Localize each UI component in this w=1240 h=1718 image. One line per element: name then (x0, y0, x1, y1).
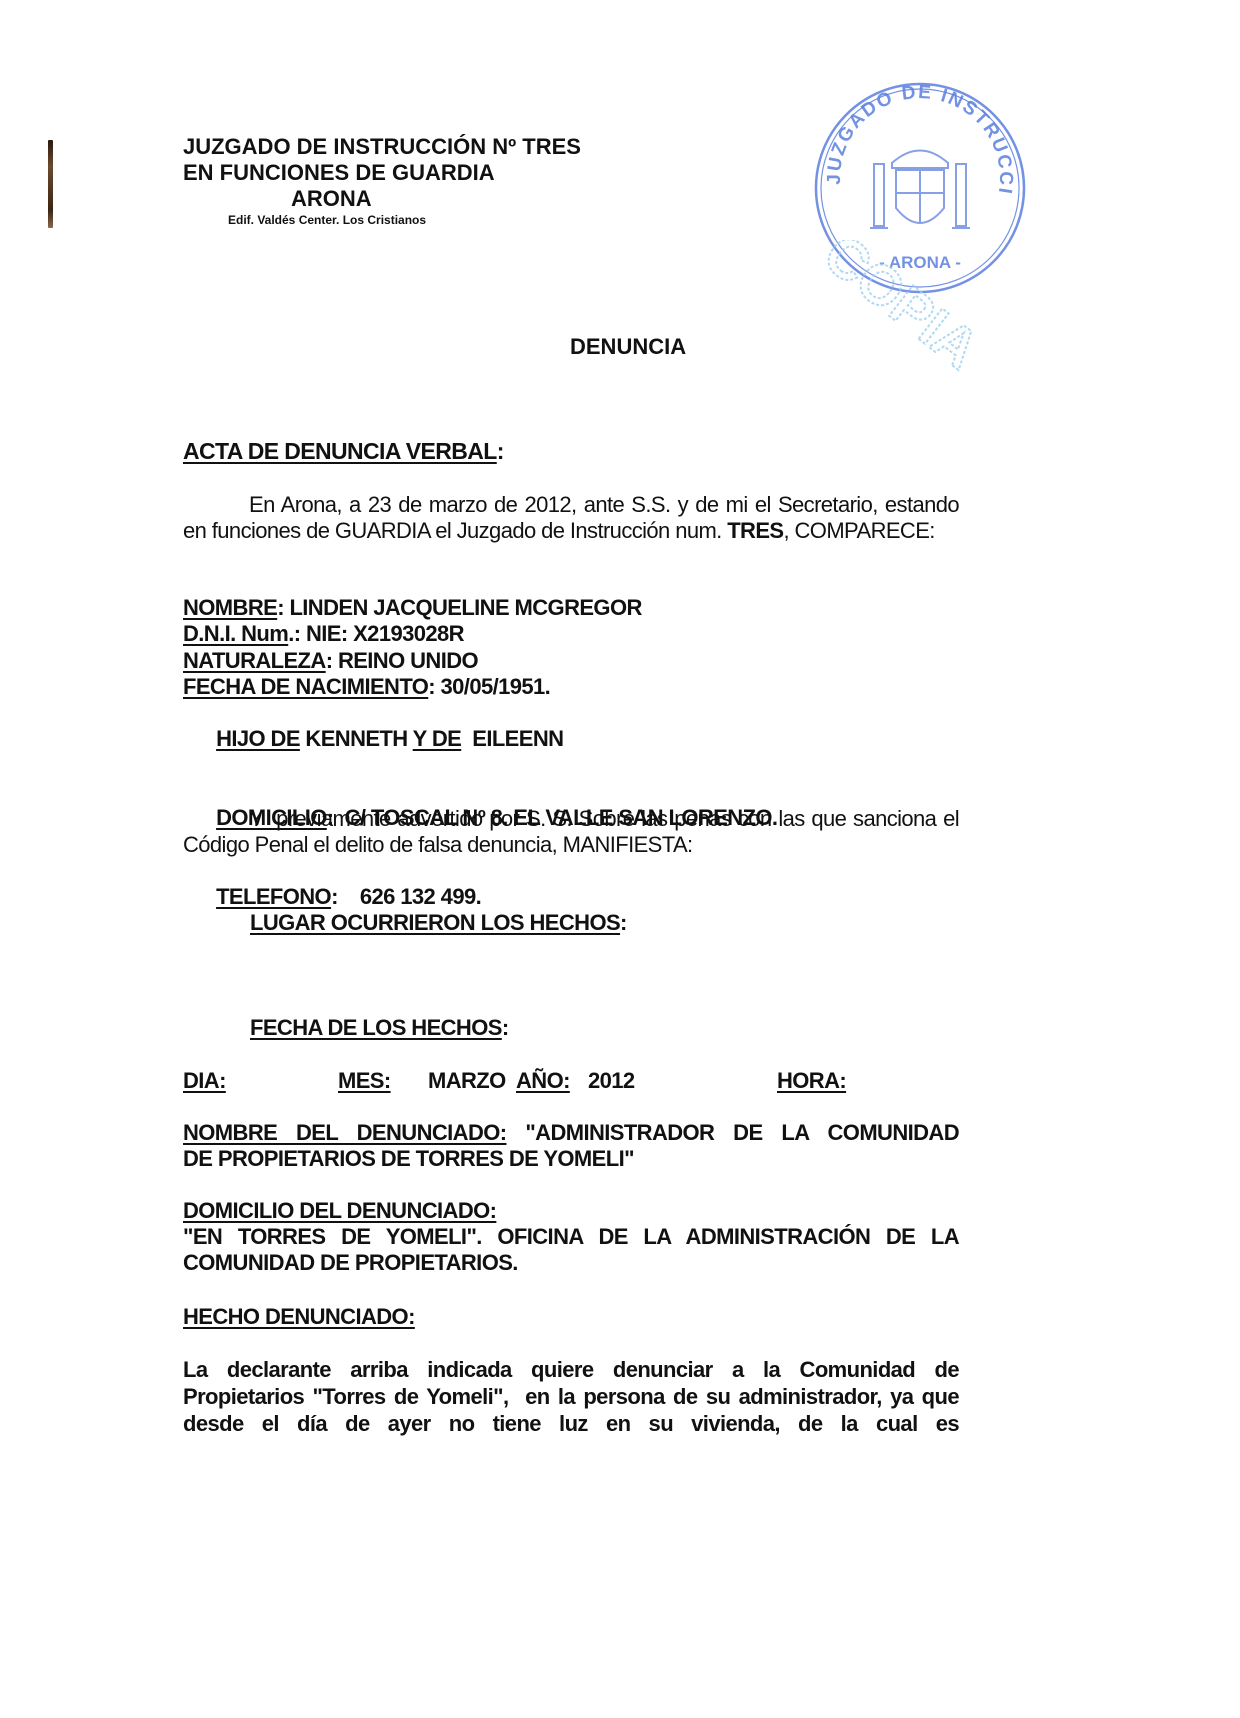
field-label: TELEFONO (216, 884, 331, 909)
field-value: 30/05/1951. (441, 674, 551, 699)
field-label: NOMBRE (183, 595, 277, 620)
intro-court-number: TRES (727, 518, 783, 543)
copia-watermark: COPIA (790, 240, 980, 390)
field-value: REINO UNIDO (338, 648, 478, 673)
field-value: 626 132 499. (360, 884, 481, 909)
field-label: Y DE (413, 726, 462, 751)
document-title: DENUNCIA (570, 334, 686, 360)
field-label: HIJO DE (216, 726, 300, 751)
field-value: KENNETH (300, 726, 413, 751)
lugar-heading-label: LUGAR OCURRIERON LOS HECHOS (250, 910, 620, 935)
fecha-hechos-colon: : (502, 1015, 509, 1040)
fecha-hechos-heading: FECHA DE LOS HECHOS: (250, 1015, 509, 1041)
denunciado-nombre-label: NOMBRE DEL DENUNCIADO: (183, 1120, 506, 1145)
acta-heading-colon: : (497, 438, 504, 464)
binding-mark (48, 140, 53, 228)
denunciado-nombre-value: "ADMINISTRADOR DE LA COMUNIDAD (525, 1120, 959, 1145)
svg-text:JUZGADO DE INSTRUCCIÓN Nº 3: JUZGADO DE INSTRUCCIÓN Nº 3 (810, 78, 1016, 197)
mes-value: MARZO (428, 1068, 506, 1094)
anio-label: AÑO: (516, 1068, 570, 1094)
acta-heading-label: ACTA DE DENUNCIA VERBAL (183, 438, 497, 464)
denunciado-domicilio-value: "EN TORRES DE YOMELI". OFICINA DE LA ADM… (183, 1224, 959, 1276)
svg-text:COPIA: COPIA (813, 240, 980, 380)
field-value: LINDEN JACQUELINE MCGREGOR (289, 595, 641, 620)
field-nombre: NOMBRE: LINDEN JACQUELINE MCGREGOR (183, 595, 777, 621)
field-sep: : (326, 648, 338, 673)
field-sep: : (277, 595, 289, 620)
mes-label-text: MES: (338, 1068, 391, 1093)
field-dni: D.N.I. Num.: NIE: X2193028R (183, 621, 777, 647)
intro-comparece: , COMPARECE: (784, 518, 935, 543)
field-label: NATURALEZA (183, 648, 326, 673)
field-value: NIE: X2193028R (306, 621, 464, 646)
field-value: EILEENN (461, 726, 563, 751)
intro-paragraph: En Arona, a 23 de marzo de 2012, ante S.… (183, 492, 959, 544)
field-fecha-nacimiento: FECHA DE NACIMIENTO: 30/05/1951. (183, 674, 777, 700)
dia-label-text: DIA: (183, 1068, 226, 1093)
denunciado-nombre-line2: DE PROPIETARIOS DE TORRES DE YOMELI" (183, 1146, 634, 1172)
hecho-label-text: HECHO DENUNCIADO: (183, 1304, 415, 1329)
mes-label: MES: (338, 1068, 391, 1094)
hora-label: HORA: (777, 1068, 846, 1094)
court-address: Edif. Valdés Center. Los Cristianos (228, 213, 426, 227)
lugar-heading-colon: : (620, 910, 627, 935)
comparece-fields: NOMBRE: LINDEN JACQUELINE MCGREGOR D.N.I… (183, 595, 777, 937)
hora-label-text: HORA: (777, 1068, 846, 1093)
anio-value: 2012 (588, 1068, 635, 1094)
court-name-line2: EN FUNCIONES DE GUARDIA (183, 160, 495, 186)
denunciado-domicilio-label: DOMICILIO DEL DENUNCIADO: (183, 1198, 496, 1224)
acta-heading: ACTA DE DENUNCIA VERBAL: (183, 438, 504, 465)
dia-label: DIA: (183, 1068, 226, 1094)
field-label: D.N.I. Num (183, 621, 288, 646)
manifiesta-paragraph: Y previamente advertido por S. S. Sobre … (183, 806, 959, 858)
field-sep: .: (288, 621, 306, 646)
denunciado-nombre-line1: NOMBRE DEL DENUNCIADO: "ADMINISTRADOR DE… (183, 1120, 959, 1146)
field-sep: : (331, 884, 360, 909)
field-sep: : (428, 674, 440, 699)
denunciado-domicilio-label-text: DOMICILIO DEL DENUNCIADO: (183, 1198, 496, 1223)
document-page: JUZGADO DE INSTRUCCIÓN Nº TRES EN FUNCIO… (0, 0, 1240, 1718)
fecha-hechos-label: FECHA DE LOS HECHOS (250, 1015, 502, 1040)
lugar-heading: LUGAR OCURRIERON LOS HECHOS: (250, 910, 627, 936)
field-naturaleza: NATURALEZA: REINO UNIDO (183, 648, 777, 674)
field-label: FECHA DE NACIMIENTO (183, 674, 428, 699)
anio-label-text: AÑO: (516, 1068, 570, 1093)
hecho-label: HECHO DENUNCIADO: (183, 1304, 415, 1330)
field-hijo-de: HIJO DE KENNETH Y DE EILEENN (183, 700, 777, 779)
court-name-line1: JUZGADO DE INSTRUCCIÓN Nº TRES (183, 134, 581, 160)
court-city: ARONA (291, 186, 372, 212)
hecho-paragraph: La declarante arriba indicada quiere den… (183, 1356, 959, 1437)
